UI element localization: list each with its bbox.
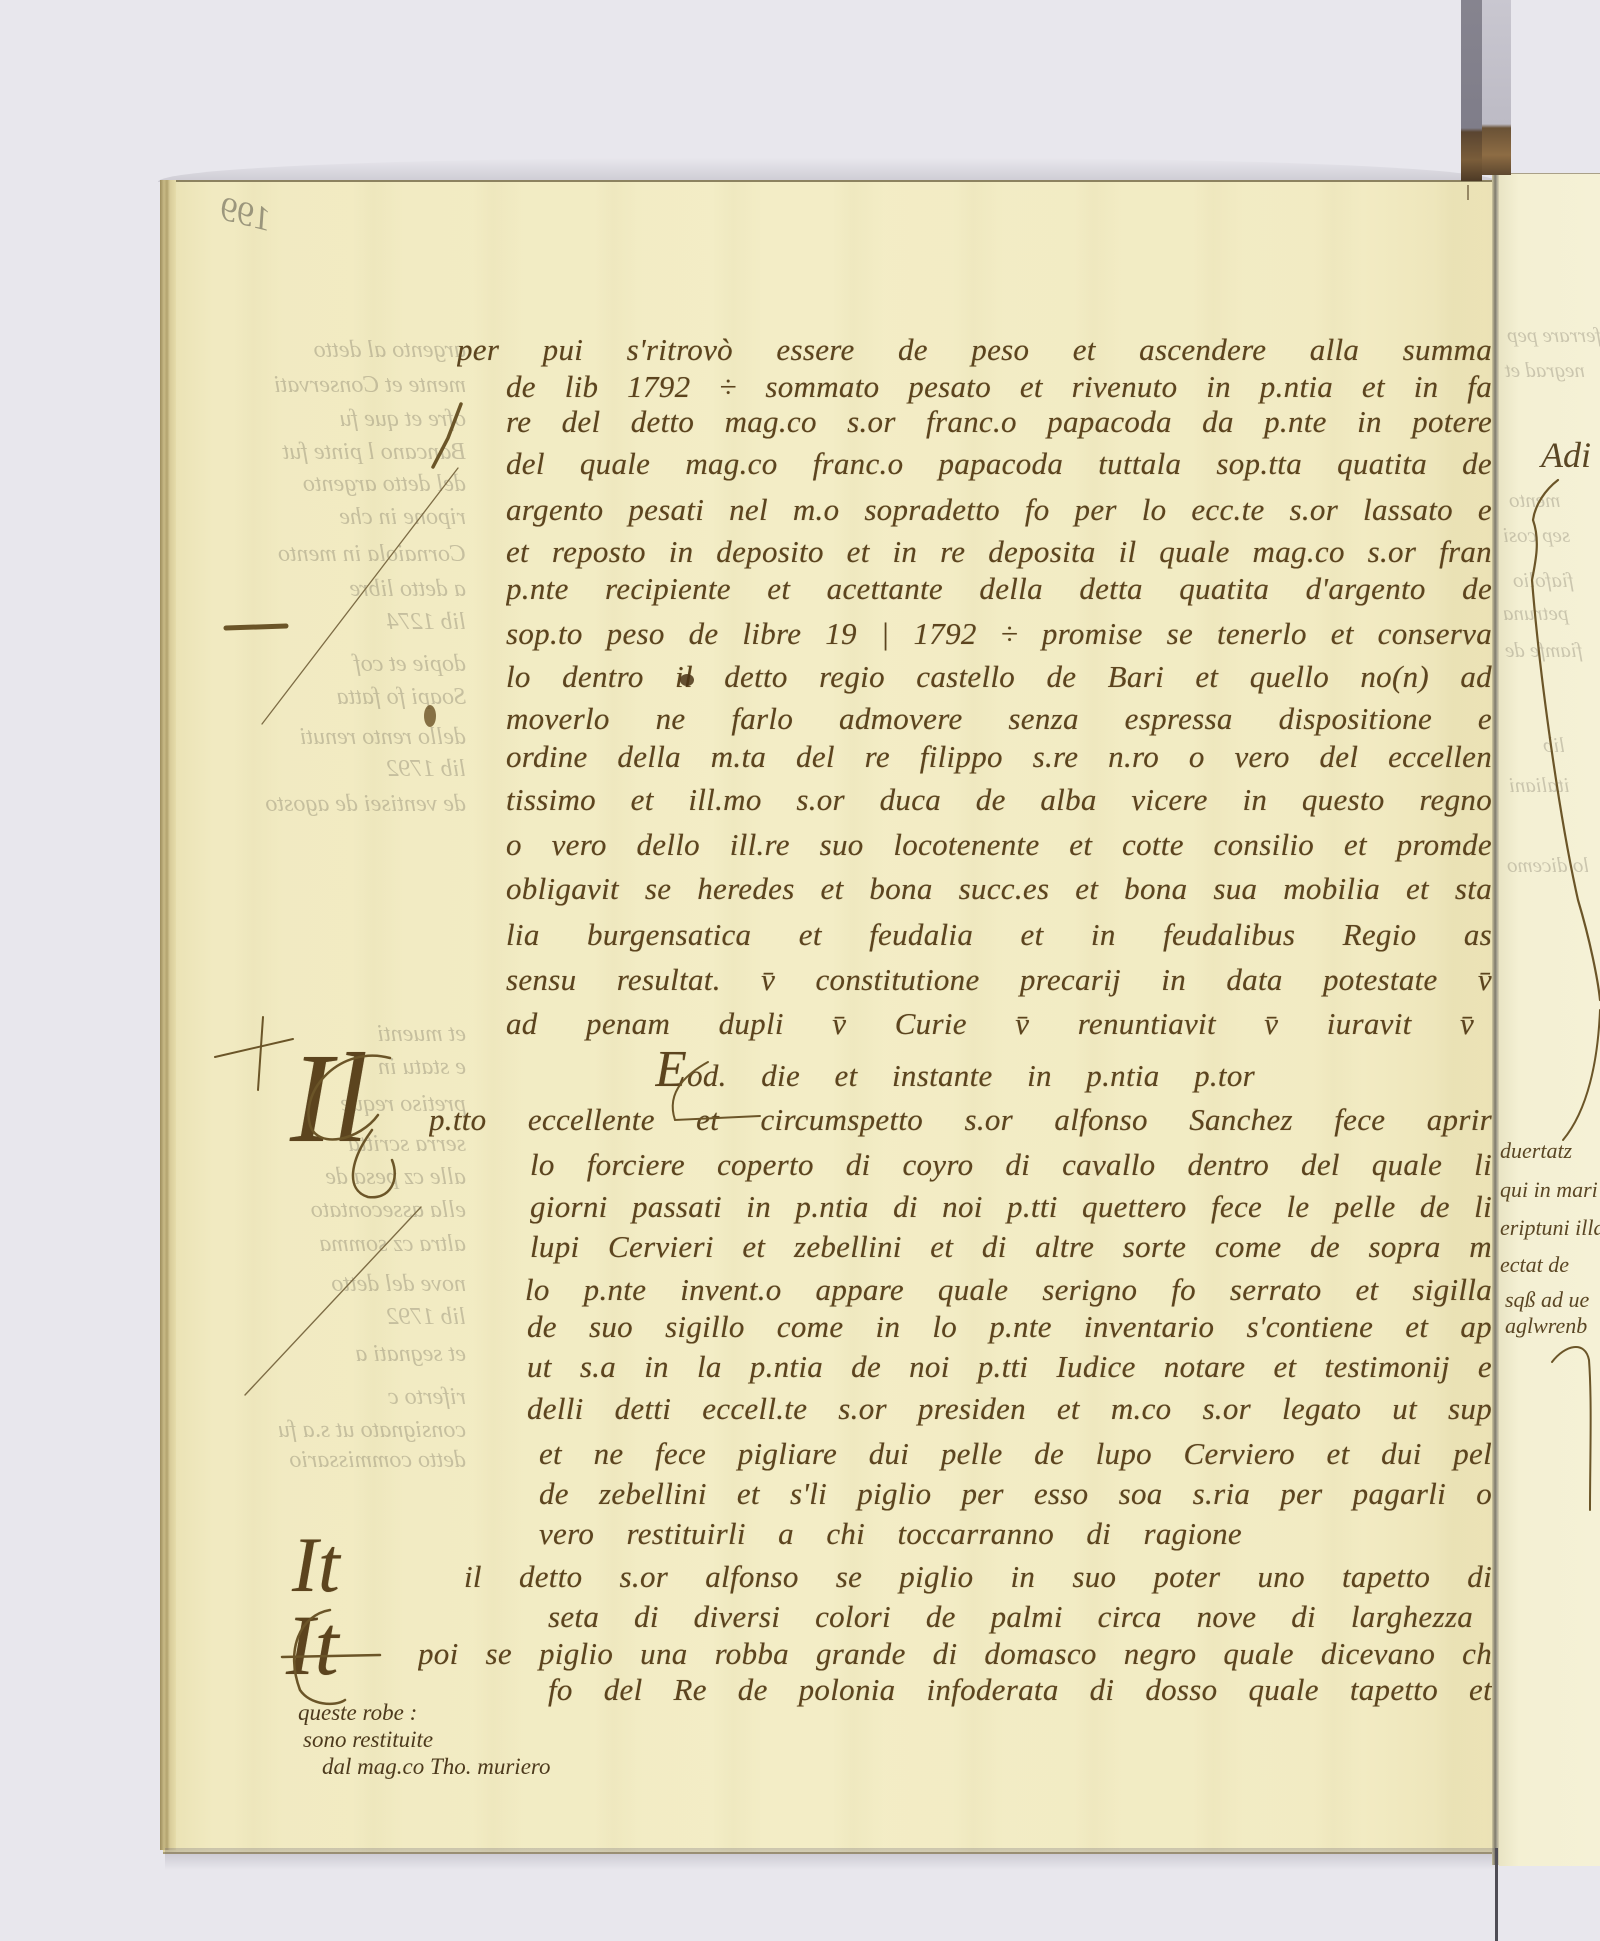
text-line: sop.to peso de libre 19 | 1792 ÷ promise…: [506, 614, 1492, 654]
item-initial: It: [292, 1526, 340, 1604]
facing-fragment: qui in mari: [1500, 1177, 1598, 1203]
text-line: lupi Cervieri et zebellini et di altre s…: [530, 1227, 1492, 1267]
text-line: de lib 1792 ÷ sommato pesato et rivenuto…: [506, 367, 1492, 407]
text-line: ordine della m.ta del re filippo s.re n.…: [506, 737, 1492, 777]
margin-note-line: sono restituite: [303, 1727, 433, 1753]
facing-fragment: sqß ad ue: [1505, 1287, 1589, 1313]
margin-note-line: dal mag.co Tho. muriero: [322, 1754, 551, 1780]
facing-fragment: duertatz: [1500, 1138, 1572, 1164]
text-line: giorni passati in p.ntia di noi p.tti qu…: [530, 1187, 1492, 1227]
text-line: de zebellini et s'li piglio per esso soa…: [539, 1474, 1492, 1514]
manuscript-text: per pui s'ritrovò essere de peso et asce…: [0, 0, 1492, 1941]
facing-bleed-line: ferrare pep: [1507, 323, 1600, 348]
text-line: o vero dello ill.re suo locotenente et c…: [506, 825, 1492, 865]
text-line: obligavit se heredes et bona succ.es et …: [506, 869, 1492, 909]
text-line: lia burgensatica et feudalia et in feuda…: [506, 915, 1492, 955]
facing-bleed-line: fiafolio: [1513, 568, 1574, 593]
text-line: et ne fece pigliare dui pelle de lupo Ce…: [539, 1434, 1492, 1474]
text-line: del quale mag.co franc.o papacoda tuttal…: [506, 444, 1492, 484]
text-line: p.nte recipiente et acettante della dett…: [506, 569, 1492, 609]
facing-bleed-line: negrad et: [1505, 358, 1585, 383]
text-line: et reposto in deposito et in re deposita…: [506, 532, 1492, 572]
facing-fragment: eriptuni illa: [1500, 1215, 1600, 1241]
text-line: sensu resultat. v̄ constitutione precari…: [506, 960, 1492, 1000]
text-line: argento pesati nel m.o sopradetto fo per…: [506, 490, 1492, 530]
text-line: tissimo et ill.mo s.or duca de alba vice…: [506, 780, 1492, 820]
text-line: de suo sigillo come in lo p.nte inventar…: [527, 1307, 1492, 1347]
text-line: p.tto eccellente et circumspetto s.or al…: [429, 1100, 1492, 1140]
margin-note-line: queste robe :: [298, 1700, 417, 1726]
text-line: vero restituirli a chi toccarranno di ra…: [539, 1514, 1242, 1554]
text-line: lo dentro il detto regio castello de Bar…: [506, 657, 1492, 697]
facing-bleed-line: sep cosi: [1503, 523, 1570, 548]
facing-bleed-line: italiani: [1509, 773, 1570, 798]
text-line: lo forciere coperto di coyro di cavallo …: [530, 1145, 1492, 1185]
text-line: il detto s.or alfonso se piglio in suo p…: [464, 1557, 1492, 1597]
facing-bleed-line: lo dicemo: [1507, 853, 1589, 878]
text-line: re del detto mag.co s.or franc.o papacod…: [506, 402, 1492, 442]
text-line: per pui s'ritrovò essere de peso et asce…: [457, 330, 1492, 370]
text-line: delli detti eccell.te s.or presiden et m…: [527, 1389, 1492, 1429]
text-line: poi se piglio una robba grande di domasc…: [418, 1634, 1492, 1674]
facing-bleed-line: mento: [1509, 488, 1560, 513]
facing-page-heading: Adi: [1541, 435, 1591, 475]
text-line: seta di diversi colori de palmi circa no…: [548, 1597, 1473, 1637]
text-line: ut s.a in la p.ntia de noi p.tti Iudice …: [527, 1347, 1492, 1387]
book-spine: [1492, 175, 1499, 1865]
text-line: fo del Re de polonia infoderata di dosso…: [548, 1670, 1492, 1710]
facing-bleed-line: lib: [1543, 733, 1565, 758]
facing-fragment: aglwrenb: [1505, 1313, 1587, 1339]
facing-fragment: ectat de: [1500, 1252, 1569, 1278]
text-line: ad penam dupli v̄ Curie v̄ renuntiavit v…: [506, 1004, 1474, 1044]
facing-bleed-line: fiamfe de: [1505, 638, 1583, 663]
drop-initial: Il: [290, 1034, 368, 1162]
text-line: moverlo ne farlo admovere senza espressa…: [506, 699, 1492, 739]
text-line: lo p.nte invent.o appare quale serigno f…: [525, 1270, 1492, 1310]
heading-line-eodem-die: Eod. die et instante in p.ntia p.tor: [655, 1046, 1255, 1094]
facing-bleed-line: petruna: [1503, 601, 1568, 626]
spine-gap: [1495, 1848, 1498, 1941]
facing-page-text: ferrare pep negrad et mento sep cosi fia…: [1499, 173, 1600, 1865]
item-initial: It: [286, 1602, 339, 1688]
